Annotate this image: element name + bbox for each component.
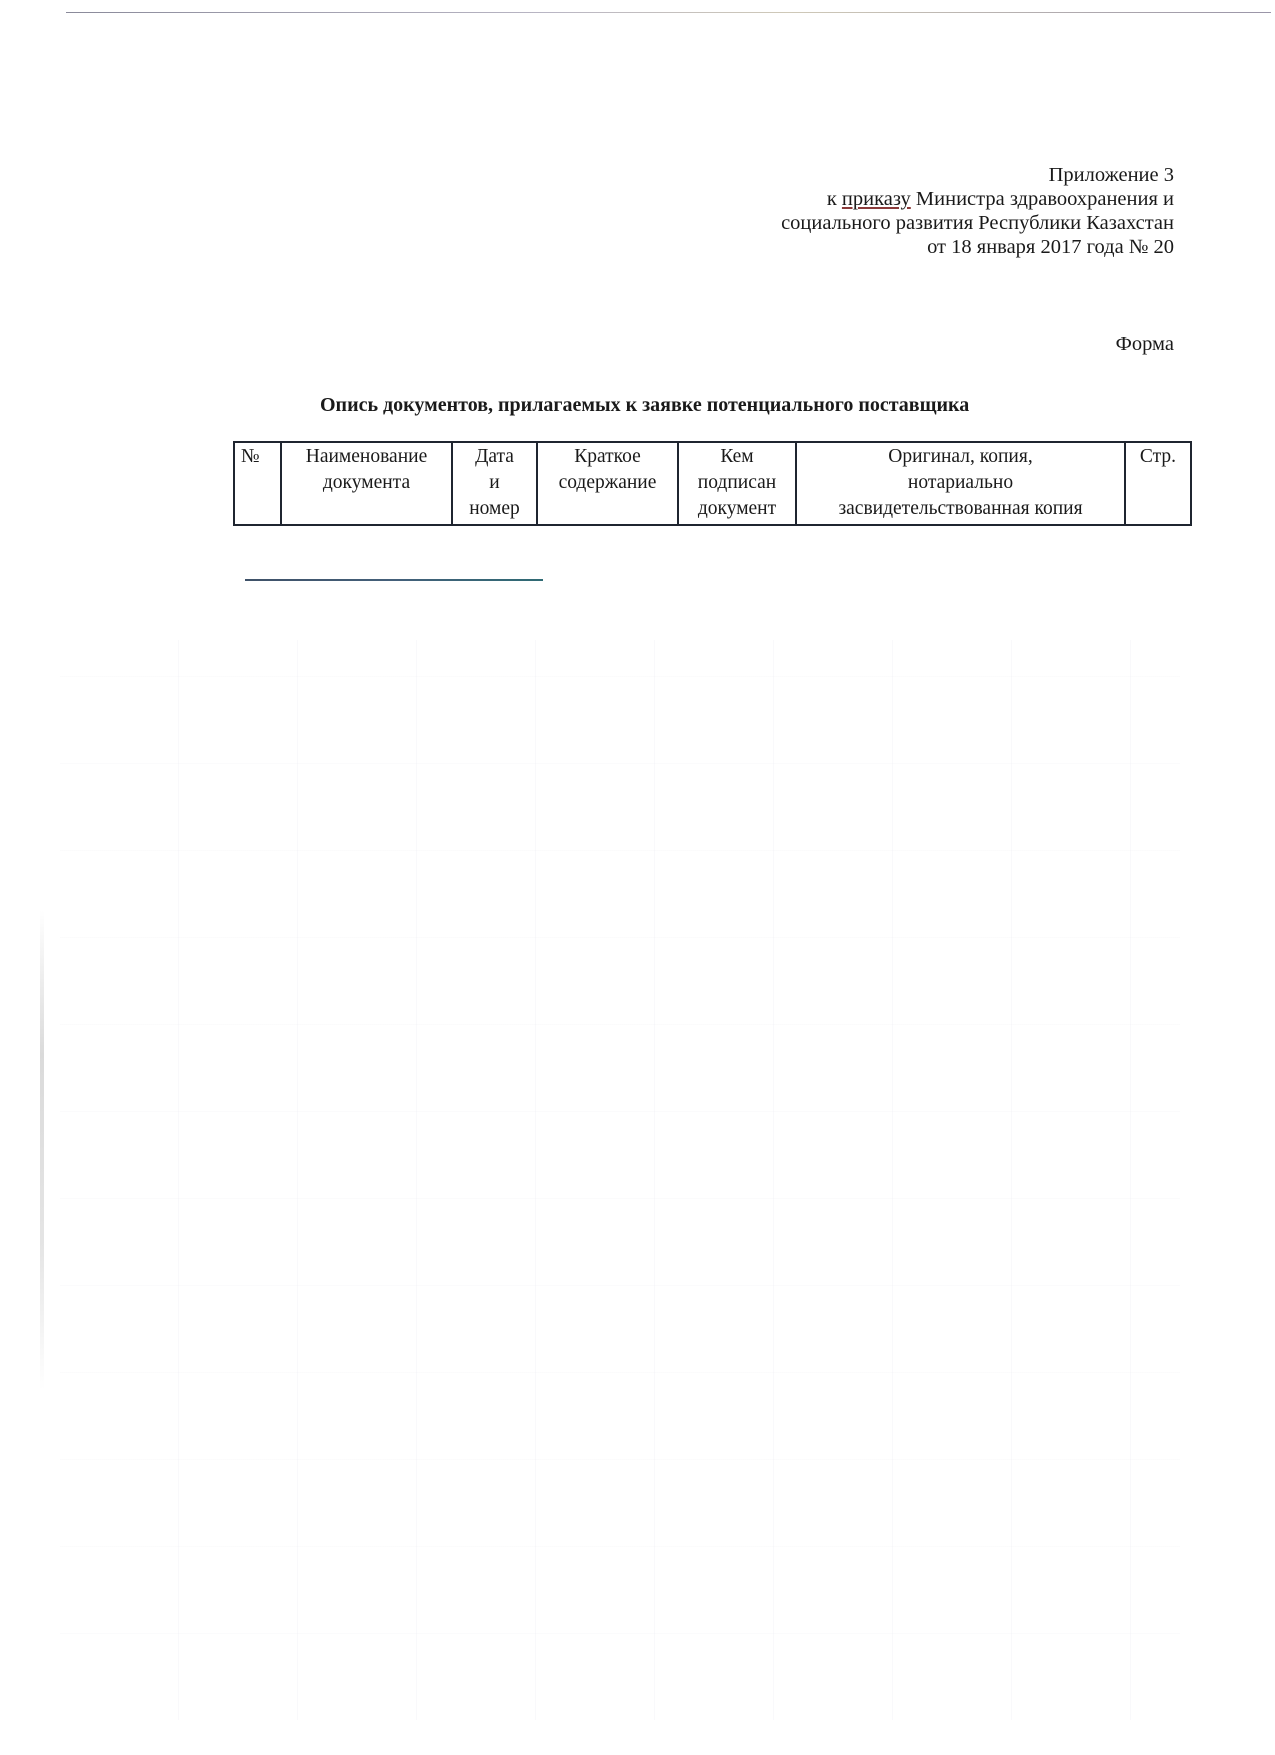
form-label: Форма bbox=[1116, 332, 1174, 356]
header-page: Стр. bbox=[1125, 442, 1191, 525]
header-document-name: Наименование документа bbox=[281, 442, 452, 525]
footnote-separator bbox=[245, 579, 543, 581]
header-date-and-number: Дата и номер bbox=[452, 442, 537, 525]
appendix-ministry-line: социального развития Республики Казахста… bbox=[781, 211, 1174, 235]
order-prefix: к bbox=[827, 188, 842, 210]
header-signed-by: Кем подписан документ bbox=[678, 442, 796, 525]
document-title: Опись документов, прилагаемых к заявке п… bbox=[320, 393, 969, 417]
reverse-side-bleed-through bbox=[60, 640, 1180, 1720]
order-suffix: Министра здравоохранения и bbox=[911, 188, 1174, 210]
scan-page-edge bbox=[66, 12, 1271, 13]
appendix-number: Приложение 3 bbox=[781, 163, 1174, 187]
header-number: № bbox=[234, 442, 281, 525]
header-original-or-copy: Оригинал, копия, нотариально засвидетель… bbox=[796, 442, 1125, 525]
scan-smudge bbox=[40, 910, 44, 1390]
header-summary: Краткое содержание bbox=[537, 442, 678, 525]
table-header-row: № Наименование документа Дата и номер Кр… bbox=[234, 442, 1191, 525]
appendix-date-line: от 18 января 2017 года № 20 bbox=[781, 235, 1174, 259]
order-link[interactable]: приказу bbox=[842, 188, 911, 210]
document-inventory-table: № Наименование документа Дата и номер Кр… bbox=[233, 441, 1192, 526]
appendix-header: Приложение 3 к приказу Министра здравоох… bbox=[781, 163, 1174, 259]
appendix-order-line: к приказу Министра здравоохранения и bbox=[781, 187, 1174, 211]
